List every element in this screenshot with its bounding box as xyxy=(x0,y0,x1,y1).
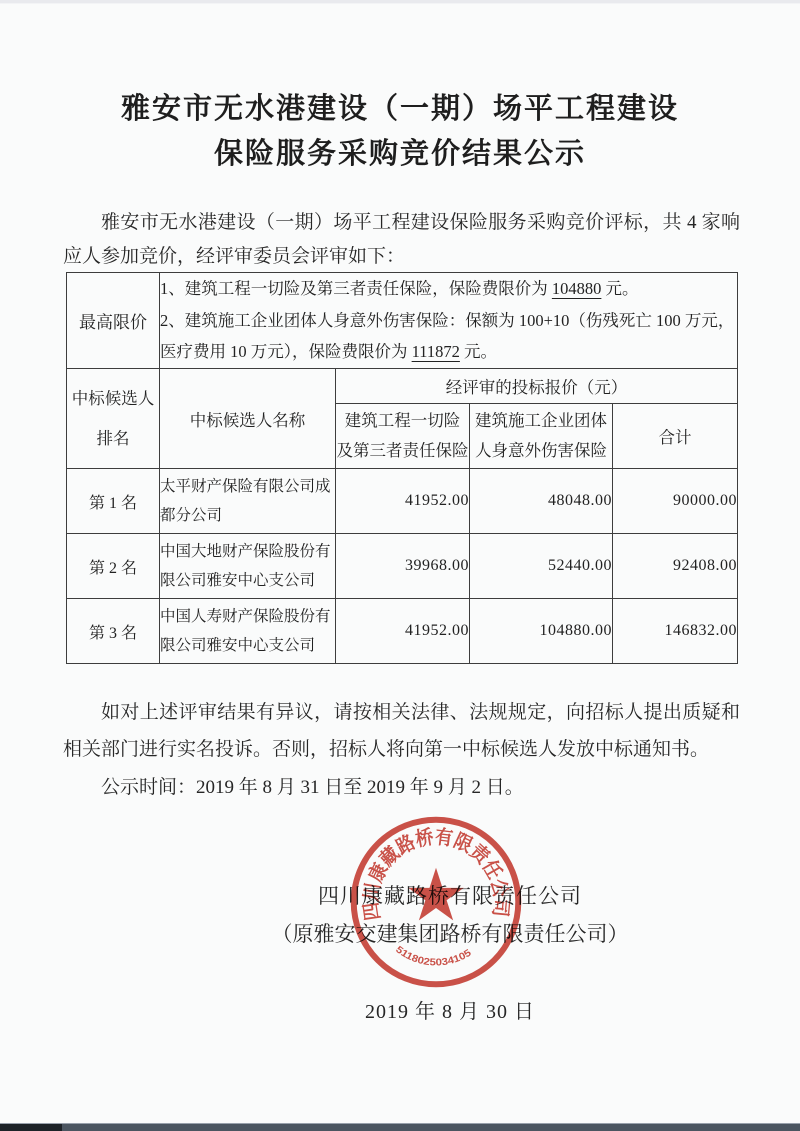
signature-date: 2019 年 8 月 30 日 xyxy=(240,995,660,1024)
limit-item1-amount: 104880 xyxy=(552,279,602,298)
scan-edge-top xyxy=(0,0,800,4)
group-accident-price-cell: 52440.00 xyxy=(470,534,613,599)
scanned-document-page: { "document": { "title_lines": ["雅安市无水港建… xyxy=(0,0,800,1131)
header-all-risk: 建筑工程一切险 及第三者责任保险 xyxy=(336,404,470,469)
rank-cell: 第 3 名 xyxy=(67,599,160,664)
rank-cell: 第 1 名 xyxy=(67,469,160,534)
all-risk-price-cell: 41952.00 xyxy=(336,599,470,664)
header-rank: 中标候选人 排名 xyxy=(67,369,160,469)
max-limit-content: 1、建筑工程一切险及第三者责任保险，保险费限价为 104880 元。 2、建筑施… xyxy=(160,273,738,369)
header-group-accident: 建筑施工企业团体 人身意外伤害保险 xyxy=(470,404,613,469)
header-group-accident-line1: 建筑施工企业团体 xyxy=(470,406,612,436)
candidate-name-line2: 限公司雅安中心支公司 xyxy=(160,631,335,660)
candidate-name-line1: 中国人寿财产保险股份有 xyxy=(160,602,335,631)
signature-former-company: （原雅安交建集团路桥有限责任公司） xyxy=(240,918,660,948)
group-accident-price-cell: 48048.00 xyxy=(470,469,613,534)
total-price-cell: 146832.00 xyxy=(613,599,738,664)
signature-company: 四川康藏路桥有限责任公司 xyxy=(240,880,660,910)
limit-item2-amount: 111872 xyxy=(412,342,460,361)
bid-result-table: 最高限价 1、建筑工程一切险及第三者责任保险，保险费限价为 104880 元。 … xyxy=(66,272,738,664)
rank-cell: 第 2 名 xyxy=(67,534,160,599)
table-row: 第 1 名 太平财产保险有限公司成 都分公司 41952.00 48048.00… xyxy=(67,469,738,534)
total-price-cell: 92408.00 xyxy=(613,534,738,599)
limit-item2-unit: 元。 xyxy=(460,342,497,361)
header-rank-line2: 排名 xyxy=(67,419,159,459)
group-accident-price-cell: 104880.00 xyxy=(470,599,613,664)
table-row: 第 3 名 中国人寿财产保险股份有 限公司雅安中心支公司 41952.00 10… xyxy=(67,599,738,664)
header-total: 合计 xyxy=(613,404,738,469)
max-limit-label: 最高限价 xyxy=(67,273,160,369)
candidate-name-cell: 太平财产保险有限公司成 都分公司 xyxy=(160,469,336,534)
header-rank-line1: 中标候选人 xyxy=(67,379,159,419)
candidate-name-line1: 中国大地财产保险股份有 xyxy=(160,537,335,566)
scan-edge-bottom-corner xyxy=(0,1124,62,1131)
max-limit-row: 最高限价 1、建筑工程一切险及第三者责任保险，保险费限价为 104880 元。 … xyxy=(67,273,738,369)
document-title-line1: 雅安市无水港建设（一期）场平工程建设 xyxy=(0,86,800,127)
header-candidate-name: 中标候选人名称 xyxy=(160,369,336,469)
header-all-risk-line2: 及第三者责任保险 xyxy=(336,436,469,466)
candidate-name-line1: 太平财产保险有限公司成 xyxy=(160,472,335,501)
publicity-period: 公示时间：2019 年 8 月 31 日至 2019 年 9 月 2 日。 xyxy=(63,771,740,805)
all-risk-price-cell: 39968.00 xyxy=(336,534,470,599)
table-row: 第 2 名 中国大地财产保险股份有 限公司雅安中心支公司 39968.00 52… xyxy=(67,534,738,599)
header-row-1: 中标候选人 排名 中标候选人名称 经评审的投标报价（元） xyxy=(67,369,738,404)
max-limit-item1: 1、建筑工程一切险及第三者责任保险，保险费限价为 104880 元。 xyxy=(160,273,737,305)
all-risk-price-cell: 41952.00 xyxy=(336,469,470,534)
intro-paragraph: 雅安市无水港建设（一期）场平工程建设保险服务采购竞价评标，共 4 家响应人参加竞… xyxy=(63,206,740,273)
limit-item1-unit: 元。 xyxy=(601,279,638,298)
document-title-line2: 保险服务采购竞价结果公示 xyxy=(0,131,800,172)
header-evaluated-price: 经评审的投标报价（元） xyxy=(336,369,738,404)
candidate-name-line2: 限公司雅安中心支公司 xyxy=(160,566,335,595)
header-group-accident-line2: 人身意外伤害保险 xyxy=(470,436,612,466)
total-price-cell: 90000.00 xyxy=(613,469,738,534)
limit-item1-text: 1、建筑工程一切险及第三者责任保险，保险费限价为 xyxy=(160,279,552,298)
scan-edge-bottom xyxy=(0,1123,800,1131)
candidate-name-line2: 都分公司 xyxy=(160,501,335,530)
header-all-risk-line1: 建筑工程一切险 xyxy=(336,406,469,436)
candidate-name-cell: 中国人寿财产保险股份有 限公司雅安中心支公司 xyxy=(160,599,336,664)
objection-notice-paragraph: 如对上述评审结果有异议，请按相关法律、法规规定，向招标人提出质疑和相关部门进行实… xyxy=(63,694,740,768)
max-limit-item2: 2、建筑施工企业团体人身意外伤害保险：保额为 100+10（伤残死亡 100 万… xyxy=(160,305,737,368)
candidate-name-cell: 中国大地财产保险股份有 限公司雅安中心支公司 xyxy=(160,534,336,599)
